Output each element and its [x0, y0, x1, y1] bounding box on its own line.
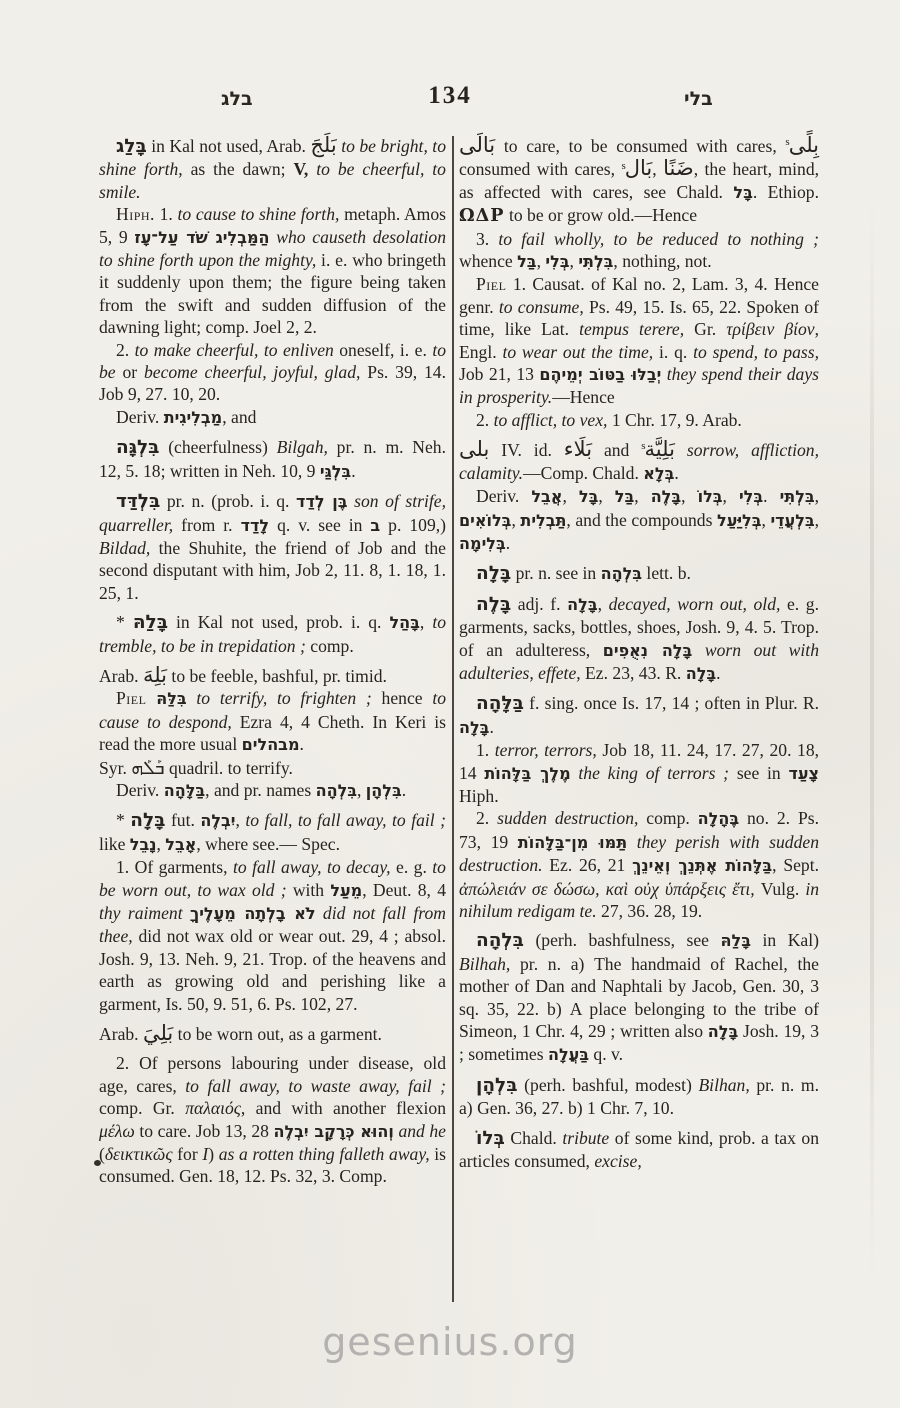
text-run: oneself, i. e. [334, 340, 433, 360]
text-run: e. g. [391, 857, 433, 877]
dictionary-paragraph: 1. terror, terrors, Job 18, 11. 24, 17. … [459, 739, 819, 807]
italic-text: to fall away, to waste away, fail ; [185, 1076, 446, 1096]
hebrew-text: בַּלָּהָה [164, 781, 205, 800]
hebrew-text: בָּלַהּ [721, 931, 751, 950]
italic-text: sudden destruction, [497, 808, 638, 828]
text-run: q. v. [589, 1044, 623, 1064]
text-run: Arab. [99, 1024, 143, 1044]
hebrew-text: בֶּהָלָה [698, 809, 739, 828]
text-run: f. sing. once Is. 17, 14 ; often in Plur… [524, 693, 819, 713]
arabic-text: بلى [459, 437, 489, 461]
text-run: Deriv. [116, 780, 164, 800]
column-divider-rule [452, 136, 454, 1302]
text-run: Job 21, 13 [459, 364, 539, 384]
arabic-text: ضَنًا [663, 156, 694, 180]
italic-text: to fail wholly, to be reduced to nothing… [498, 229, 819, 249]
text-run: . [716, 663, 720, 683]
text-run: 27, 36. 28, 19. [597, 901, 703, 921]
text-run: for [173, 1144, 203, 1164]
italic-text: Bilhan, [698, 1075, 749, 1095]
smallcaps-label: Piel [476, 274, 506, 294]
text-run: p. 109,) [380, 515, 446, 535]
arabic-text: بِلًى [789, 133, 819, 157]
hebrew-text: בְּלִימָה [459, 534, 506, 553]
italic-text: become cheerful, joyful, glad, [144, 362, 360, 382]
hebrew-text: בִּלַּהּ [156, 689, 186, 708]
dictionary-paragraph: 2. Of persons labouring under disease, o… [99, 1052, 446, 1187]
text-run: , [815, 510, 819, 530]
bold-text: V, [293, 159, 308, 179]
dictionary-paragraph: Piel בִּלַּהּ to terrify, to frighten ; … [99, 687, 446, 756]
header-keyword-left: בלג [221, 88, 253, 110]
text-run: Syr. [99, 758, 131, 778]
hebrew-text: בְּלִי [545, 252, 569, 271]
text-run: . [763, 486, 779, 506]
text-run: , and pr. names [205, 780, 315, 800]
text-run: , Deut. 8, 4 [362, 880, 446, 900]
greek-text: τρίβειν βίον [726, 319, 814, 339]
text-run: , [236, 810, 246, 830]
dictionary-paragraph: בַּלָּהָה f. sing. once Is. 17, 14 ; oft… [459, 692, 819, 739]
italic-text: tribute [562, 1128, 609, 1148]
text-run: , Sept. [772, 855, 819, 875]
dictionary-paragraph: בָּלֶה adj. f. בָּלָה, decayed, worn out… [459, 593, 819, 686]
italic-text: to consume, [499, 297, 584, 317]
text-run [675, 440, 687, 460]
text-run: comp. Gr. [99, 1098, 185, 1118]
text-run: —Comp. Chald. [523, 463, 643, 483]
hebrew-text: בַּל [615, 487, 634, 506]
text-run: Chald. [505, 1128, 563, 1148]
italic-text: tempus terere, [579, 319, 684, 339]
text-run: with [287, 880, 331, 900]
text-run: 2. [476, 410, 494, 430]
text-run: in Kal not used, Arab. [147, 136, 311, 156]
text-run: pr. n. see in [511, 563, 600, 583]
syriac-text: ܒܰܠܰܗ [131, 757, 164, 779]
hebrew-text: בָּלָה [708, 1022, 738, 1041]
hebrew-text: בָּל [733, 183, 752, 202]
italic-text: to fall, to fall away, to fail ; [245, 810, 446, 830]
text-run: , [723, 486, 739, 506]
text-run: . Ethiop. [753, 182, 819, 202]
dictionary-paragraph: Hiph. 1. to cause to shine forth, metaph… [99, 203, 446, 338]
ethiopic-text: ΩΔP [459, 205, 505, 226]
hebrew-headword: בִּלְגָּה [116, 437, 159, 458]
watermark: gesenius.org [0, 1320, 900, 1364]
text-run: i. q. [653, 342, 693, 362]
dictionary-paragraph: * בָּלַהּ in Kal not used, prob. i. q. ב… [99, 611, 446, 657]
text-run: , [681, 486, 697, 506]
text-run: 1. [155, 204, 178, 224]
text-run: , [357, 780, 366, 800]
text-run: , [815, 486, 819, 506]
hebrew-headword: בִּלְהָה [476, 930, 524, 951]
text-run: , and with another flexion [241, 1098, 446, 1118]
hebrew-text: ב [370, 516, 380, 535]
text-run: Gr. [684, 319, 726, 339]
italic-text: to spend, to pass, [693, 342, 819, 362]
dictionary-paragraph: בִּלְהָן (perh. bashful, modest) Bilhan,… [459, 1074, 819, 1120]
text-run: 2. [116, 340, 135, 360]
italic-text: to wear out the time, [502, 342, 653, 362]
hebrew-text: בְּלִיַּעַל [717, 511, 761, 530]
italic-text: terror, terrors, [495, 740, 597, 760]
text-run: , [156, 834, 165, 854]
hebrew-text: מַבְלִיגִית [164, 408, 223, 427]
text-run: to care. Job 13, 28 [135, 1121, 274, 1141]
text-run: as the dawn; [183, 159, 294, 179]
hebrew-text: בִּלְהָן [366, 781, 402, 800]
text-run: from r. [173, 515, 240, 535]
dictionary-paragraph: Piel 1. Causat. of Kal no. 2, Lam. 3, 4.… [459, 273, 819, 408]
hebrew-headword: בַּלָּהָה [476, 693, 524, 714]
hebrew-text: לָדַד [241, 516, 270, 535]
hebrew-text: לֹא בָלְתָה מֵעָלֶיךָ [190, 904, 316, 923]
left-column: בָּלַג in Kal not used, Arab. بَلَجَ to … [99, 134, 446, 1188]
dictionary-paragraph: בָּלַג in Kal not used, Arab. بَلَجَ to … [99, 134, 446, 203]
hebrew-text: בָּלֶה [651, 487, 681, 506]
text-run: and [592, 440, 641, 460]
hebrew-headword: בָּלָה [130, 810, 165, 831]
text-run: Ez. 26, 21 [543, 855, 633, 875]
dictionary-paragraph: بَالَى to care, to be consumed with care… [459, 134, 819, 228]
dictionary-paragraph: 2. to make cheerful, to enliven oneself,… [99, 339, 446, 406]
text-run: or [116, 362, 144, 382]
text-run: Vulg. [755, 879, 806, 899]
right-column: بَالَى to care, to be consumed with care… [459, 134, 819, 1172]
hebrew-text: בָּל [579, 487, 598, 506]
text-run: ) [208, 1144, 219, 1164]
dictionary-paragraph: Arab. بَلِهَ to be feeble, bashful, pr. … [99, 664, 446, 687]
italic-text: to make cheerful, to enliven [135, 340, 334, 360]
text-run: , [652, 159, 663, 179]
italic-text: Bildad, [99, 538, 150, 558]
text-run: to be or grow old.—Hence [505, 205, 698, 225]
arabic-text: بَلِيَّة [645, 437, 675, 461]
dictionary-paragraph: 2. sudden destruction, comp. בֶּהָלָה no… [459, 807, 819, 922]
italic-text: to fall away, to decay, [233, 857, 391, 877]
hebrew-text: בָּלָה [686, 664, 716, 683]
hebrew-text: מֵעַל [330, 881, 362, 900]
arabic-text: بَلِيَ [143, 1021, 173, 1045]
hebrew-headword: בָּלָה [476, 563, 511, 584]
hebrew-text: הַמַּבְלִיג שֹׁד עַל־עָז [134, 228, 269, 247]
dictionary-paragraph: Deriv. אֲבֵל, בָּל, בַּל, בָּלֶה, בְּלוֹ… [459, 485, 819, 555]
hebrew-text: בִּלְהָה [601, 564, 642, 583]
text-run: (cheerfulness) [159, 437, 276, 457]
text-run: 3. [476, 229, 498, 249]
italic-text: to afflict, to vex, [494, 410, 608, 430]
page-number: 134 [408, 82, 492, 110]
text-run: . [674, 463, 678, 483]
smallcaps-label: Piel [116, 688, 146, 708]
text-run: to care, to be consumed with cares, [495, 136, 785, 156]
text-run: in Kal) [751, 930, 819, 950]
text-run: , nothing, not. [613, 251, 711, 271]
text-run: . [506, 533, 510, 553]
hebrew-text: יִבְלֶה [200, 811, 235, 830]
dictionary-paragraph: Syr. ܒܰܠܰܗ quadril. to terrify. [99, 757, 446, 779]
hebrew-headword: בָּלַהּ [133, 612, 168, 633]
text-run: pr. n. (prob. i. q. [160, 491, 296, 511]
text-run: to be worn out, as a garment. [173, 1024, 382, 1044]
text-run: did not wax old or wear out. 29, 4 ; abs… [99, 926, 446, 1013]
text-run: see in [729, 763, 788, 783]
dictionary-paragraph: בְּלוֹ Chald. tribute of some kind, prob… [459, 1127, 819, 1173]
text-run [146, 688, 156, 708]
smallcaps-label: Hiph. [116, 204, 155, 224]
text-run: Deriv. [116, 407, 164, 427]
hebrew-text: בִּלְעֲדֵי [770, 511, 814, 530]
text-run: comp. [306, 636, 354, 656]
text-run: comp. [638, 808, 697, 828]
hebrew-headword: בָּלֶה [476, 594, 511, 615]
hebrew-text: תַּמּוּ מִן־בַּלָּהוֹת [518, 833, 627, 852]
text-run: , and the compounds [566, 510, 717, 530]
hebrew-headword: בְּלוֹ [476, 1128, 505, 1149]
text-run: fut. [165, 810, 200, 830]
text-run: * [116, 612, 133, 632]
text-run: 1. Of garments, [116, 857, 233, 877]
arabic-text: بَلَجَ [310, 133, 336, 157]
text-run: consumed with cares, [459, 159, 621, 179]
italic-text: decayed, worn out, old, [609, 594, 781, 614]
hebrew-text: בַּלָּהוֹת אֶתְּנֵךְ וְאֵינֵךְ [632, 856, 772, 875]
text-run: lett. b. [642, 563, 691, 583]
text-run: (perh. bashfulness, see [524, 930, 721, 950]
hebrew-text: נָבֵל [130, 835, 157, 854]
text-run: 1 Chr. 17, 9. Arab. [607, 410, 741, 430]
hebrew-text: אֲבֵל [531, 487, 562, 506]
text-run: , [420, 612, 432, 632]
hebrew-text: בֶּן לְדַד [296, 492, 348, 511]
text-run: 1. [476, 740, 495, 760]
text-run [187, 688, 197, 708]
text-run: , [570, 251, 579, 271]
italic-text: Bilgah, [277, 437, 328, 457]
hebrew-text: בָּהַל [389, 613, 419, 632]
hebrew-text: מבהלים [242, 735, 300, 754]
text-run: like [99, 834, 130, 854]
arabic-text: بَلِهَ [143, 663, 167, 687]
text-run [316, 903, 323, 923]
text-run: . [489, 717, 493, 737]
text-run: to be feeble, bashful, pr. timid. [167, 666, 387, 686]
text-run: hence [372, 688, 433, 708]
text-run [183, 903, 190, 923]
text-run: the Shuhite, the friend of Job and the s… [99, 538, 446, 603]
hebrew-text: בִּלְתִּי [578, 252, 613, 271]
text-run: . [351, 461, 355, 481]
text-run: whence [459, 251, 517, 271]
scanned-page: בלג 134 בלי בָּלַג in Kal not used, Arab… [0, 0, 900, 1408]
text-run: in Kal not used, prob. i. q. [168, 612, 389, 632]
hebrew-text: בָּלָה [567, 595, 597, 614]
text-run: (perh. bashful, modest) [518, 1075, 699, 1095]
dictionary-paragraph: Deriv. בַּלָּהָה, and pr. names בִּלְהָה… [99, 779, 446, 802]
greek-text: παλαιός [185, 1098, 241, 1118]
dictionary-paragraph: Arab. بَلِيَ to be worn out, as a garmen… [99, 1022, 446, 1045]
dictionary-paragraph: בִּלְדַּד pr. n. (prob. i. q. בֶּן לְדַד… [99, 490, 446, 604]
hebrew-text: בָּלָה [459, 718, 489, 737]
hebrew-headword: בִּלְדַּד [116, 491, 160, 512]
hebrew-text: אָבֵל [165, 835, 196, 854]
dictionary-paragraph: 1. Of garments, to fall away, to decay, … [99, 856, 446, 1015]
hebrew-text: בְּלוֹאִים [459, 511, 511, 530]
hebrew-text: בִּלְגַּי [320, 462, 351, 481]
text-run: Deriv. [476, 486, 531, 506]
text-run: q. v. see in [269, 515, 370, 535]
text-run: 2. [476, 808, 497, 828]
hebrew-text: מֶלֶךְ בַּלָּהוֹת [484, 764, 570, 783]
italic-text: the king of terrors ; [578, 763, 729, 783]
hebrew-text: בִּלְתִּי [780, 487, 815, 506]
text-run: , where see.— Spec. [196, 834, 340, 854]
text-run: , [598, 594, 609, 614]
italic-text: excise, [594, 1151, 641, 1171]
text-run: , [562, 486, 578, 506]
text-run: , [634, 486, 650, 506]
text-run: Hiph. [459, 786, 499, 806]
dictionary-paragraph: 2. to afflict, to vex, 1 Chr. 17, 9. Ara… [459, 409, 819, 431]
text-run: Ez. 23, 43. R. [581, 663, 686, 683]
hebrew-text: בָּלָה נִאֻפִים [603, 641, 692, 660]
text-run: Arab. [99, 666, 143, 686]
hebrew-text: בְּלִי [739, 487, 763, 506]
text-run: , [598, 486, 614, 506]
dictionary-paragraph: Deriv. מַבְלִיגִית, and [99, 406, 446, 429]
hebrew-text: יְבַלּוּ בַטּוֹב יְמֵיהֶם [539, 365, 661, 384]
header-keyword-right: בלי [684, 88, 713, 110]
italic-text: thy raiment [99, 903, 183, 923]
greek-text: μέλω [99, 1121, 135, 1141]
arabic-text: بَلَاء [564, 437, 592, 461]
hebrew-headword: בָּלַג [116, 136, 147, 157]
text-run: * [116, 810, 130, 830]
greek-text: δεικτικῶς [105, 1144, 173, 1164]
ink-speck [94, 1160, 101, 1166]
dictionary-paragraph: בָּלָה pr. n. see in בִּלְהָה lett. b. [459, 562, 819, 585]
hebrew-headword: בִּלְהָן [476, 1075, 518, 1096]
hebrew-text: בִּלְהָה [316, 781, 357, 800]
italic-text: Bilhah, [459, 954, 510, 974]
italic-text: to terrify, to frighten ; [196, 688, 371, 708]
page-edge-shadow [870, 200, 874, 1280]
italic-text: and he [398, 1121, 446, 1141]
hebrew-text: תַּבְלִית [520, 511, 566, 530]
italic-text: as a rotten thing falleth away, [219, 1144, 430, 1164]
text-run [692, 640, 705, 660]
text-run: —Hence [552, 387, 615, 407]
dictionary-paragraph: بلى IV. id. بَلَاء and sبَلِيَّة sorrow,… [459, 438, 819, 485]
text-run: . [402, 780, 406, 800]
greek-text: ἀπώλειάν σε δώσω, καὶ οὐχ ὑπάρξεις ἔτι, [459, 879, 755, 899]
hebrew-text: בְּלָא [643, 464, 674, 483]
hebrew-text: בַּעֲלָה [548, 1045, 589, 1064]
hebrew-text: וְהוּא כְּרָקָב יִבְלֶה [273, 1122, 393, 1141]
text-run: quadril. to terrify. [165, 758, 293, 778]
text-run: , and [222, 407, 256, 427]
hebrew-text: בְּלוֹ [698, 487, 723, 506]
text-run [627, 832, 637, 852]
text-run: . [300, 734, 304, 754]
dictionary-paragraph: * בָּלָה fut. יִבְלֶה, to fall, to fall … [99, 809, 446, 856]
dictionary-paragraph: 3. to fail wholly, to be reduced to noth… [459, 228, 819, 274]
dictionary-paragraph: בִּלְהָה (perh. bashfulness, see בָּלַהּ… [459, 929, 819, 1066]
dictionary-paragraph: בִּלְגָּה (cheerfulness) Bilgah, pr. n. … [99, 436, 446, 483]
text-run: adj. f. [511, 594, 567, 614]
italic-text: to cause to shine forth, [178, 204, 340, 224]
hebrew-text: בַּל [517, 252, 536, 271]
hebrew-text: צָעַד [789, 764, 819, 783]
arabic-text: بَال [625, 156, 653, 180]
arabic-text: بَالَى [459, 133, 495, 157]
text-run: IV. id. [489, 440, 563, 460]
